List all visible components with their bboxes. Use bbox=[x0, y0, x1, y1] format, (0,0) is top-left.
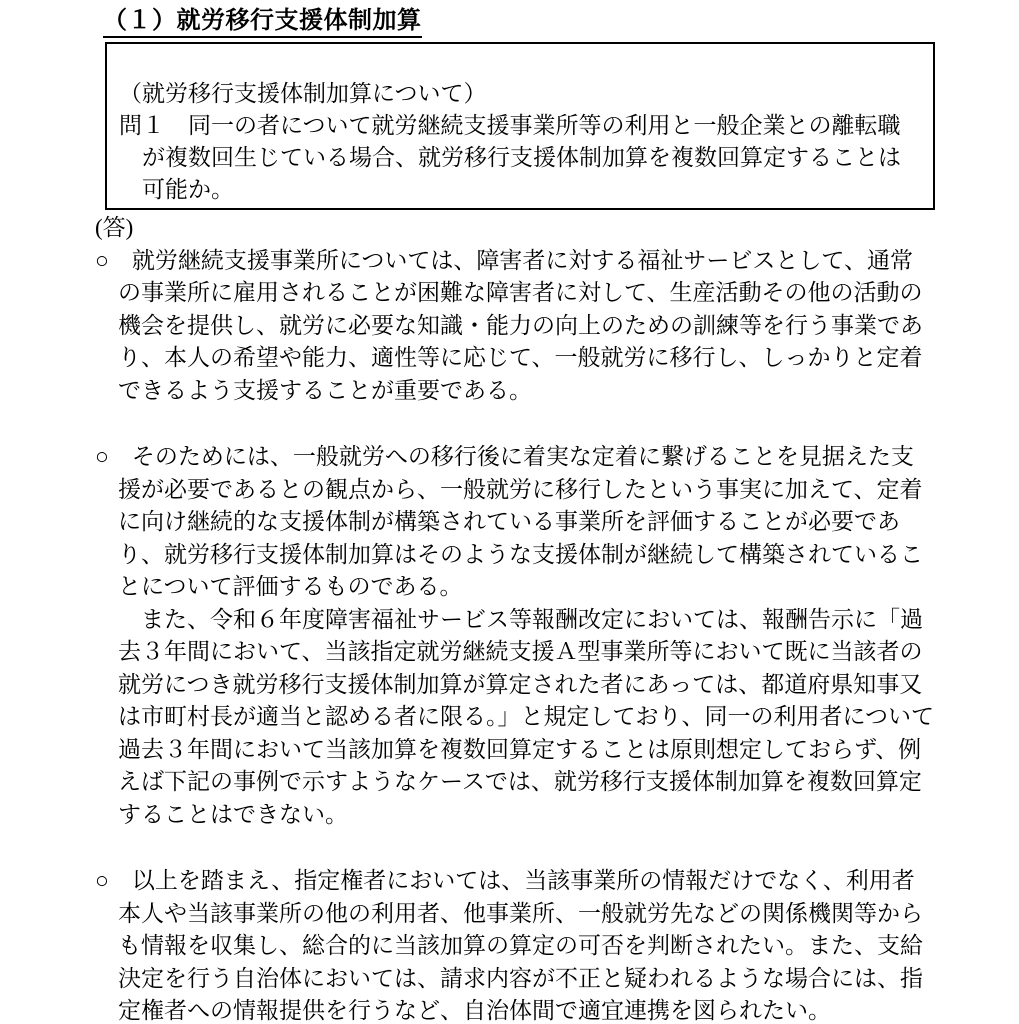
answer-paragraph-3: ○ 以上を踏まえ、指定権者においては、当該事業所の情報だけでなく、利用者 本人や… bbox=[95, 865, 935, 1024]
document-page: （１）就労移行支援体制加算 （就労移行支援体制加算について） 問１ 同一の者につ… bbox=[0, 0, 940, 1024]
answer-paragraph-2: ○ そのためには、一般就労への移行後に着実な定着に繋げることを見据えた支 援が必… bbox=[95, 441, 935, 831]
answer-paragraph-1: ○ 就労継続支援事業所については、障害者に対する福祉サービスとして、通常 の事業… bbox=[95, 245, 935, 408]
answer-label: (答) bbox=[95, 212, 940, 245]
section-title: （１）就労移行支援体制加算 bbox=[103, 6, 940, 38]
question-box: （就労移行支援体制加算について） 問１ 同一の者について就労継続支援事業所等の利… bbox=[105, 42, 935, 210]
question-box-text: （就労移行支援体制加算について） 問１ 同一の者について就労継続支援事業所等の利… bbox=[119, 81, 901, 202]
section-title-text: （１）就労移行支援体制加算 bbox=[103, 6, 422, 38]
